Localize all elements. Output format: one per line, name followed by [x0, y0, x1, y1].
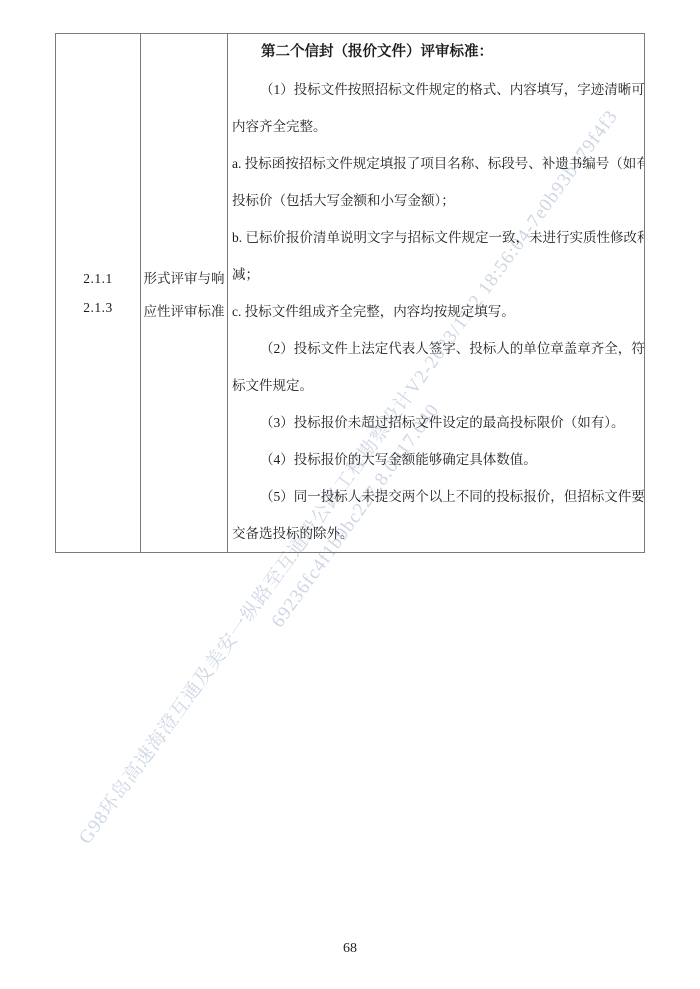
- criteria-line: 第二个信封（报价文件）评审标准：: [232, 34, 642, 71]
- criteria-line: c. 投标文件组成齐全完整，内容均按规定填写。: [232, 293, 642, 330]
- criteria-line: 内容齐全完整。: [232, 108, 642, 145]
- table-cell-category: 形式评审与响 应性评审标准: [141, 34, 228, 552]
- criteria-line: 投标价（包括大写金额和小写金额）；: [232, 182, 642, 219]
- clause-number: 2.1.3: [83, 300, 113, 316]
- clause-number: 2.1.1: [83, 271, 113, 287]
- table-cell-criteria-text: 第二个信封（报价文件）评审标准：（1）投标文件按照招标文件规定的格式、内容填写，…: [228, 34, 644, 552]
- criteria-line: 交备选投标的除外。: [232, 515, 642, 552]
- table-cell-clause-numbers: 2.1.1 2.1.3: [56, 34, 141, 552]
- criteria-line: （5）同一投标人未提交两个以上不同的投标报价，但招标文件要求提: [232, 478, 642, 515]
- criteria-line: （1）投标文件按照招标文件规定的格式、内容填写，字迹清晰可辨，: [232, 71, 642, 108]
- criteria-line: 标文件规定。: [232, 367, 642, 404]
- criteria-line: （3）投标报价未超过招标文件设定的最高投标限价（如有）。: [232, 404, 642, 441]
- category-label-line: 形式评审与响: [144, 267, 225, 287]
- criteria-line: （2）投标文件上法定代表人签字、投标人的单位章盖章齐全，符合招: [232, 330, 642, 367]
- category-label-line: 应性评审标准: [144, 300, 225, 320]
- criteria-line: b. 已标价报价清单说明文字与招标文件规定一致，未进行实质性修改和删: [232, 219, 642, 256]
- criteria-line: a. 投标函按招标文件规定填报了项目名称、标段号、补遗书编号（如有）、: [232, 145, 642, 182]
- criteria-line: （4）投标报价的大写金额能够确定具体数值。: [232, 441, 642, 478]
- page-number: 68: [0, 941, 700, 957]
- criteria-line: 减；: [232, 256, 642, 293]
- evaluation-criteria-table: 2.1.1 2.1.3 形式评审与响 应性评审标准 第二个信封（报价文件）评审标…: [55, 33, 645, 553]
